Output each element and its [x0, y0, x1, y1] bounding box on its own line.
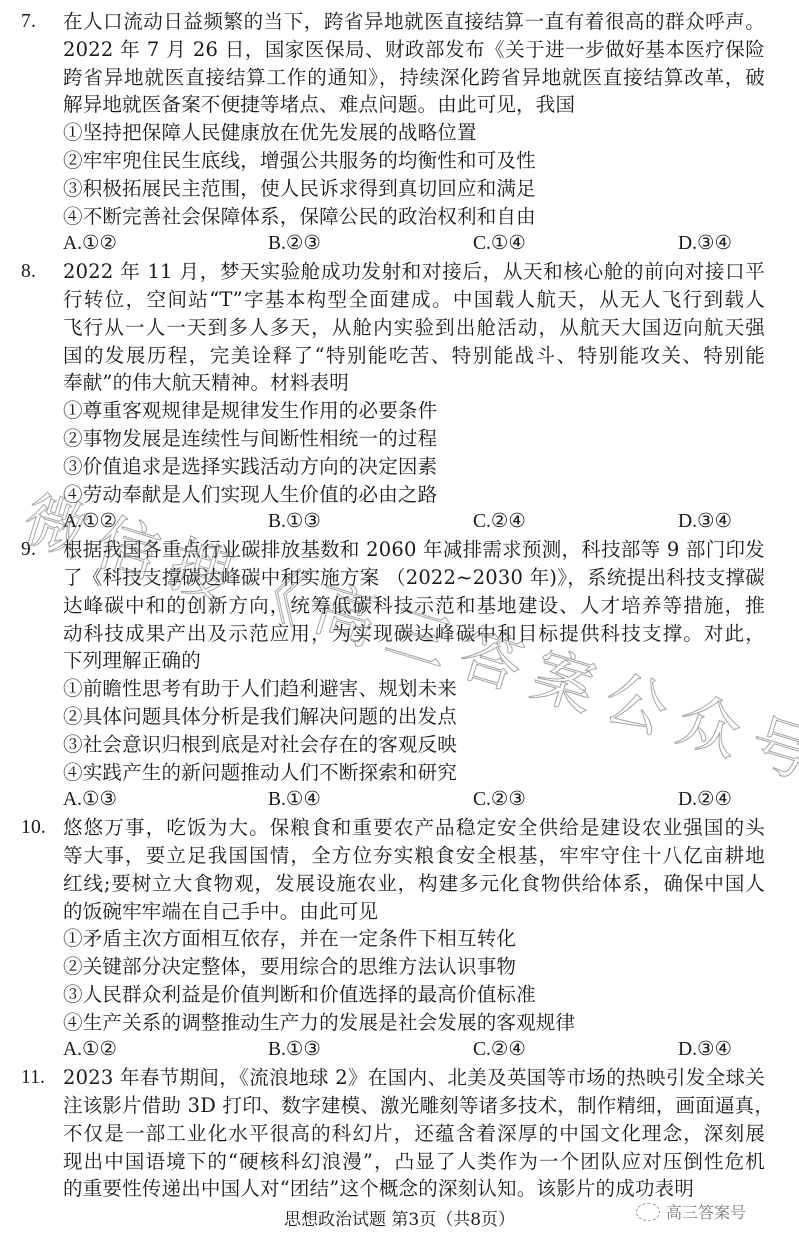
stem-line: 跨省异地就医直接结算工作的通知》，持续深化跨省异地就医直接结算改革，破	[0, 64, 799, 92]
stem-line: 10. 悠悠万事，吃饭为大。保粮食和重要农产品稳定安全供给是建设农业强国的头	[0, 814, 799, 842]
question-number: 9.	[21, 536, 36, 564]
answer-options: A.①② B.①③ C.②④ D.③④	[0, 1036, 799, 1064]
answer-options: A.①② B.②③ C.①④ D.③④	[0, 230, 799, 258]
stem-line: 动科技成果产出及示范应用，为实现碳达峰碳中和目标提供科技支撑。对此，	[0, 620, 799, 648]
question-number: 7.	[21, 8, 36, 36]
option-d[interactable]: D.③④	[678, 230, 732, 258]
page-number-text: 思想政治试题 第3页（共8页）	[284, 1210, 515, 1230]
statement: ③社会意识归根到底是对社会存在的客观反映	[0, 731, 799, 759]
corner-watermark-text: 高三答案号	[666, 1200, 746, 1223]
option-c[interactable]: C.②④	[473, 508, 678, 536]
statement: ④劳动奉献是人们实现人生价值的必由之路	[0, 481, 799, 509]
option-a[interactable]: A.①②	[63, 508, 268, 536]
question-10: 10. 悠悠万事，吃饭为大。保粮食和重要农产品稳定安全供给是建设农业强国的头 等…	[0, 814, 799, 1064]
statement: ②事物发展是连续性与间断性相统一的过程	[0, 425, 799, 453]
corner-watermark: 高三答案号	[636, 1200, 746, 1223]
statement: ①前瞻性思考有助于人们趋利避害、规划未来	[0, 675, 799, 703]
question-11: 11. 2023 年春节期间，《流浪地球 2》在国内、北美及英国等市场的热映引发…	[0, 1064, 799, 1203]
option-c[interactable]: C.②④	[473, 1036, 678, 1064]
stem-line: 飞行从一人一天到多人多天，从舱内实验到出舱活动，从航天大国迈向航天强	[0, 314, 799, 342]
option-a[interactable]: A.①③	[63, 786, 268, 814]
stem-line: 11. 2023 年春节期间，《流浪地球 2》在国内、北美及英国等市场的热映引发…	[0, 1064, 799, 1092]
statement: ①尊重客观规律是规律发生作用的必要条件	[0, 397, 799, 425]
statement: ②具体问题具体分析是我们解决问题的出发点	[0, 703, 799, 731]
option-d[interactable]: D.②④	[678, 786, 732, 814]
statement: ③价值追求是选择实践活动方向的决定因素	[0, 453, 799, 481]
question-7: 7. 在人口流动日益频繁的当下，跨省异地就医直接结算一直有着很高的群众呼声。 2…	[0, 8, 799, 258]
question-number: 8.	[21, 258, 36, 286]
stem-line: 的饭碗牢牢端在自己手中。由此可见	[0, 898, 799, 926]
statement: ①坚持把保障人民健康放在优先发展的战略位置	[0, 119, 799, 147]
option-c[interactable]: C.①④	[473, 230, 678, 258]
answer-options: A.①③ B.①④ C.②③ D.②④	[0, 786, 799, 814]
stem-line: 9. 根据我国各重点行业碳排放基数和 2060 年减排需求预测，科技部等 9 部…	[0, 536, 799, 564]
option-b[interactable]: B.①④	[268, 786, 473, 814]
statement: ④实践产生的新问题推动人们不断探索和研究	[0, 759, 799, 787]
stem-line: 不仅是一部工业化水平很高的科幻片，还蕴含着深厚的中国文化理念，深刻展	[0, 1120, 799, 1148]
statement: ④不断完善社会保障体系，保障公民的政治权利和自由	[0, 203, 799, 231]
answer-options: A.①② B.①③ C.②④ D.③④	[0, 508, 799, 536]
question-number: 10.	[21, 814, 46, 842]
option-b[interactable]: B.①③	[268, 508, 473, 536]
statement: ③人民群众利益是价值判断和价值选择的最高价值标准	[0, 981, 799, 1009]
stem-line: 行转位，空间站“T”字基本构型全面建成。中国载人航天，从无人飞行到载人	[0, 286, 799, 314]
option-b[interactable]: B.①③	[268, 1036, 473, 1064]
option-a[interactable]: A.①②	[63, 230, 268, 258]
stem-line: 了《科技支撑碳达峰碳中和实施方案 （2022~2030 年)》，系统提出科技支撑…	[0, 564, 799, 592]
statement: ②关键部分决定整体，要用综合的思维方法认识事物	[0, 953, 799, 981]
wechat-logo-icon	[636, 1203, 660, 1221]
stem-line: 下列理解正确的	[0, 647, 799, 675]
stem-line: 现出中国语境下的“硬核科幻浪漫”，凸显了人类作为一个团队应对压倒性危机	[0, 1148, 799, 1176]
stem-line: 8. 2022 年 11 月，梦天实验舱成功发射和对接后，从天和核心舱的前向对接…	[0, 258, 799, 286]
stem-line: 红线;要树立大食物观，发展设施农业，构建多元化食物供给体系，确保中国人	[0, 870, 799, 898]
stem-line: 7. 在人口流动日益频繁的当下，跨省异地就医直接结算一直有着很高的群众呼声。	[0, 8, 799, 36]
stem-line: 注该影片借助 3D 打印、数字建模、激光雕刻等诸多技术，制作精细，画面逼真，	[0, 1092, 799, 1120]
option-c[interactable]: C.②③	[473, 786, 678, 814]
option-d[interactable]: D.③④	[678, 1036, 732, 1064]
stem-line: 奉献”的伟大航天精神。材料表明	[0, 369, 799, 397]
stem-line: 解异地就医备案不便捷等堵点、难点问题。由此可见，我国	[0, 91, 799, 119]
statement: ①矛盾主次方面相互依存，并在一定条件下相互转化	[0, 925, 799, 953]
statement: ④生产关系的调整推动生产力的发展是社会发展的客观规律	[0, 1009, 799, 1037]
statement: ②牢牢兜住民生底线，增强公共服务的均衡性和可及性	[0, 147, 799, 175]
question-9: 9. 根据我国各重点行业碳排放基数和 2060 年减排需求预测，科技部等 9 部…	[0, 536, 799, 814]
stem-line: 达峰碳中和的创新方向，统筹低碳科技示范和基地建设、人才培养等措施，推	[0, 592, 799, 620]
statement: ③积极拓展民主范围，使人民诉求得到真切回应和满足	[0, 175, 799, 203]
stem-line: 2022 年 7 月 26 日，国家医保局、财政部发布《关于进一步做好基本医疗保…	[0, 36, 799, 64]
option-a[interactable]: A.①②	[63, 1036, 268, 1064]
question-8: 8. 2022 年 11 月，梦天实验舱成功发射和对接后，从天和核心舱的前向对接…	[0, 258, 799, 536]
stem-line: 国的发展历程，完美诠释了“特别能吃苦、特别能战斗、特别能攻关、特别能	[0, 342, 799, 370]
stem-line: 等大事，要立足我国国情，全方位夯实粮食安全根基，牢牢守住十八亿亩耕地	[0, 842, 799, 870]
option-d[interactable]: D.③④	[678, 508, 732, 536]
exam-page: 7. 在人口流动日益频繁的当下，跨省异地就医直接结算一直有着很高的群众呼声。 2…	[0, 8, 799, 1203]
question-number: 11.	[21, 1064, 45, 1092]
option-b[interactable]: B.②③	[268, 230, 473, 258]
